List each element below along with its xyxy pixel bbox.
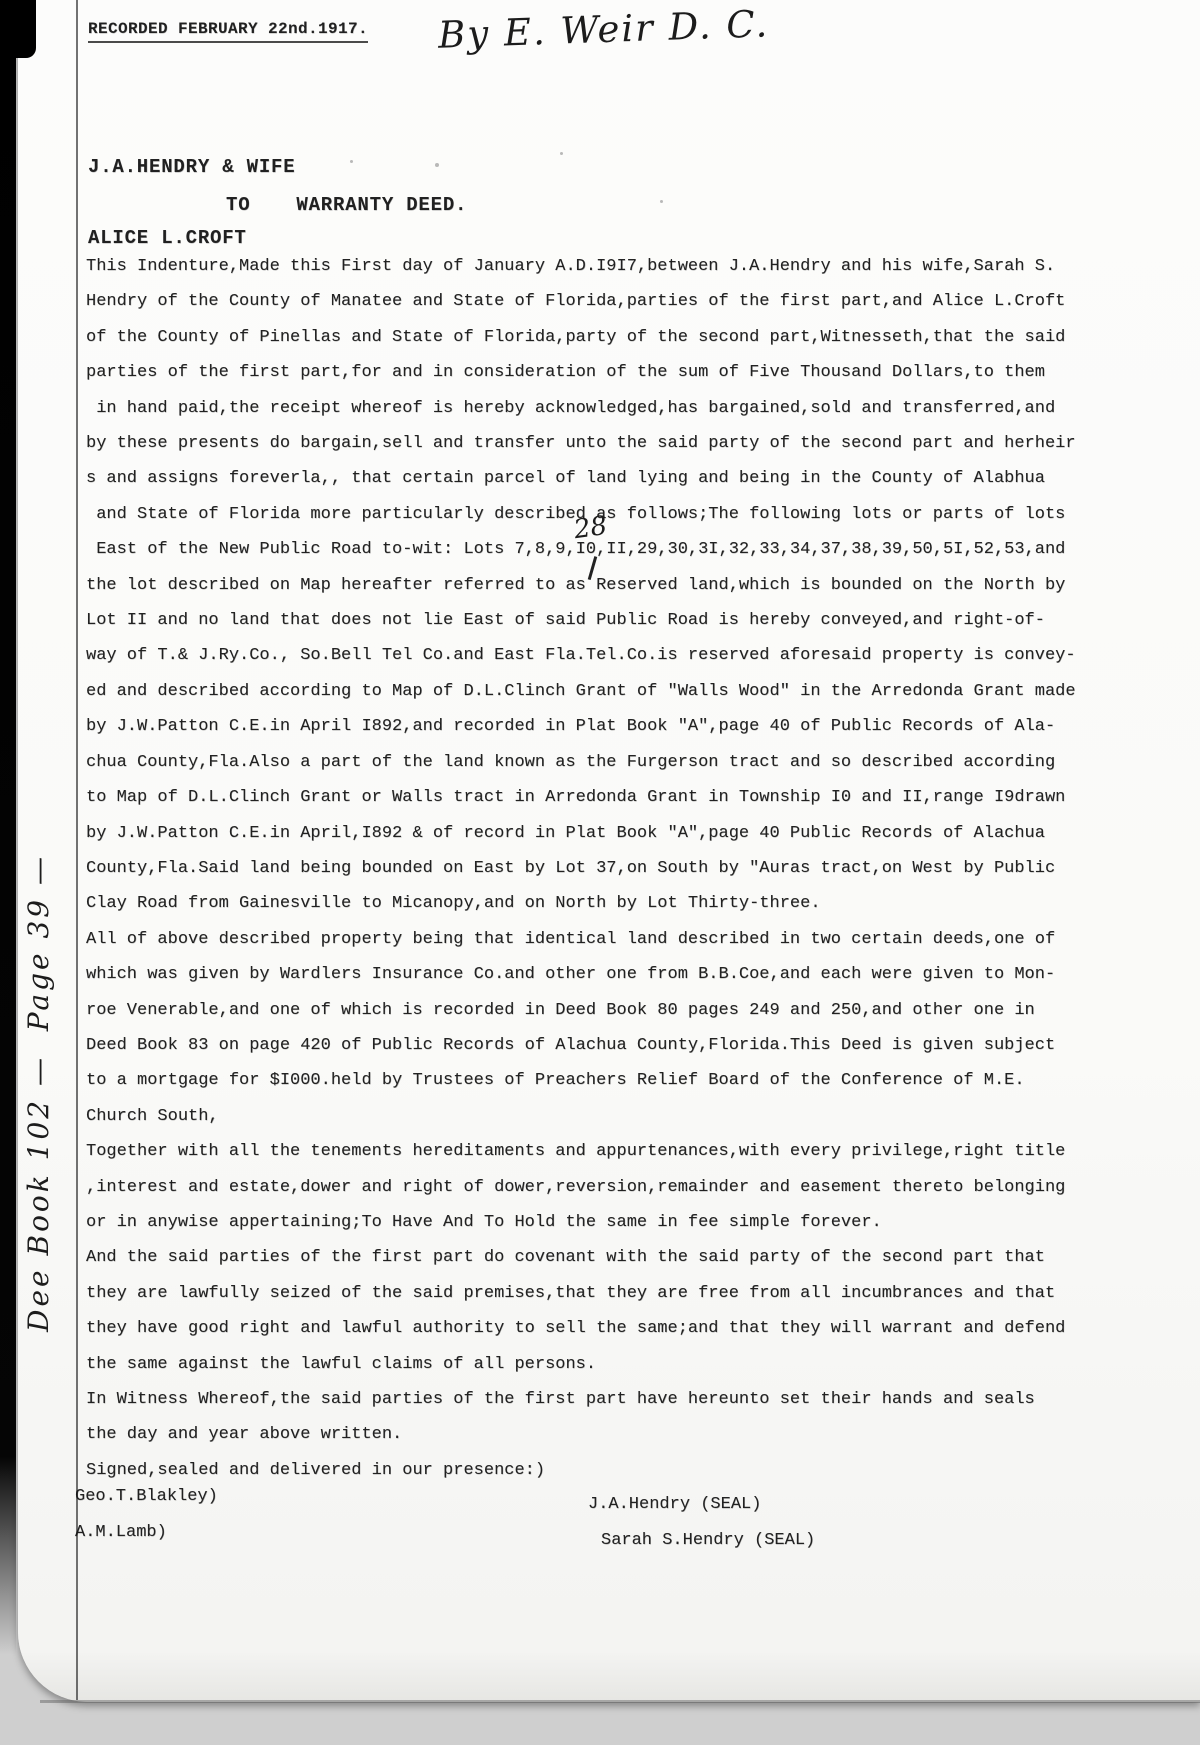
deed-line: chua County,Fla.Also a part of the land … — [86, 745, 1166, 780]
inserted-number-annotation: 28 — [572, 511, 609, 545]
witness-signature: Geo.T.Blakley) — [75, 1487, 218, 1506]
deed-line: the day and year above written. — [86, 1417, 1166, 1452]
deed-line: to a mortgage for $I000.held by Trustees… — [86, 1063, 1166, 1098]
deed-line: Church South, — [86, 1099, 1166, 1134]
deed-line: Together with all the tenements heredita… — [86, 1134, 1166, 1169]
scan-speck — [350, 160, 353, 163]
deed-line: by J.W.Patton C.E.in April,I892 & of rec… — [86, 816, 1166, 851]
deed-line: to Map of D.L.Clinch Grant or Walls trac… — [86, 780, 1166, 815]
party-signature: J.A.Hendry (SEAL) — [588, 1495, 761, 1514]
scan-speck — [435, 163, 439, 167]
deed-line: This Indenture,Made this First day of Ja… — [86, 249, 1166, 284]
deed-line: they are lawfully seized of the said pre… — [86, 1276, 1166, 1311]
deed-line: Lot II and no land that does not lie Eas… — [86, 603, 1166, 638]
deed-line: or in anywise appertaining;To Have And T… — [86, 1205, 1166, 1240]
deed-line: All of above described property being th… — [86, 922, 1166, 957]
grantor-name: J.A.HENDRY & WIFE — [88, 156, 295, 178]
deed-line: ed and described according to Map of D.L… — [86, 674, 1166, 709]
deed-line: the same against the lawful claims of al… — [86, 1347, 1166, 1382]
deed-line: County,Fla.Said land being bounded on Ea… — [86, 851, 1166, 886]
deed-line: way of T.& J.Ry.Co., So.Bell Tel Co.and … — [86, 638, 1166, 673]
deed-line: s and assigns foreverla,, that certain p… — [86, 461, 1166, 496]
recorded-date-line: RECORDED FEBRUARY 22nd.1917. — [88, 20, 368, 43]
deed-line: they have good right and lawful authorit… — [86, 1311, 1166, 1346]
deed-line: roe Venerable,and one of which is record… — [86, 993, 1166, 1028]
deed-type-row: TO WARRANTY DEED. — [226, 194, 467, 216]
deed-line: And the said parties of the first part d… — [86, 1240, 1166, 1275]
deed-body: This Indenture,Made this First day of Ja… — [86, 249, 1166, 1488]
deed-line: East of the New Public Road to-wit: Lots… — [86, 532, 1166, 567]
scan-speck — [660, 200, 663, 203]
scan-corner-artifact — [0, 0, 36, 58]
deed-line: ,interest and estate,dower and right of … — [86, 1170, 1166, 1205]
party-signature: Sarah S.Hendry (SEAL) — [601, 1531, 815, 1550]
paper-bottom-edge — [40, 1700, 1200, 1703]
scan-edge-artifact — [0, 0, 16, 1655]
scanned-deed-page: RECORDED FEBRUARY 22nd.1917. By E. Weir … — [0, 0, 1200, 1745]
deed-line: Hendry of the County of Manatee and Stat… — [86, 284, 1166, 319]
to-label: TO — [226, 194, 250, 216]
deed-line: by J.W.Patton C.E.in April I892,and reco… — [86, 709, 1166, 744]
deed-line: by these presents do bargain,sell and tr… — [86, 426, 1166, 461]
deed-line: of the County of Pinellas and State of F… — [86, 320, 1166, 355]
deed-line: Signed,sealed and delivered in our prese… — [86, 1453, 1166, 1488]
grantee-name: ALICE L.CROFT — [88, 227, 247, 249]
deed-line: in hand paid,the receipt whereof is here… — [86, 391, 1166, 426]
deed-line: parties of the first part,for and in con… — [86, 355, 1166, 390]
deed-line: the lot described on Map hereafter refer… — [86, 568, 1166, 603]
deed-line: which was given by Wardlers Insurance Co… — [86, 957, 1166, 992]
deed-line: Clay Road from Gainesville to Micanopy,a… — [86, 886, 1166, 921]
margin-rule-line — [76, 0, 78, 1700]
deed-line: Deed Book 83 on page 420 of Public Recor… — [86, 1028, 1166, 1063]
margin-book-page-note: Dee Book 102 — Page 39 — — [22, 852, 55, 1332]
scan-speck — [560, 152, 563, 155]
deed-line: and State of Florida more particularly d… — [86, 497, 1166, 532]
deed-line: In Witness Whereof,the said parties of t… — [86, 1382, 1166, 1417]
witness-signature: A.M.Lamb) — [75, 1523, 167, 1542]
deed-type-label: WARRANTY DEED. — [296, 194, 467, 216]
